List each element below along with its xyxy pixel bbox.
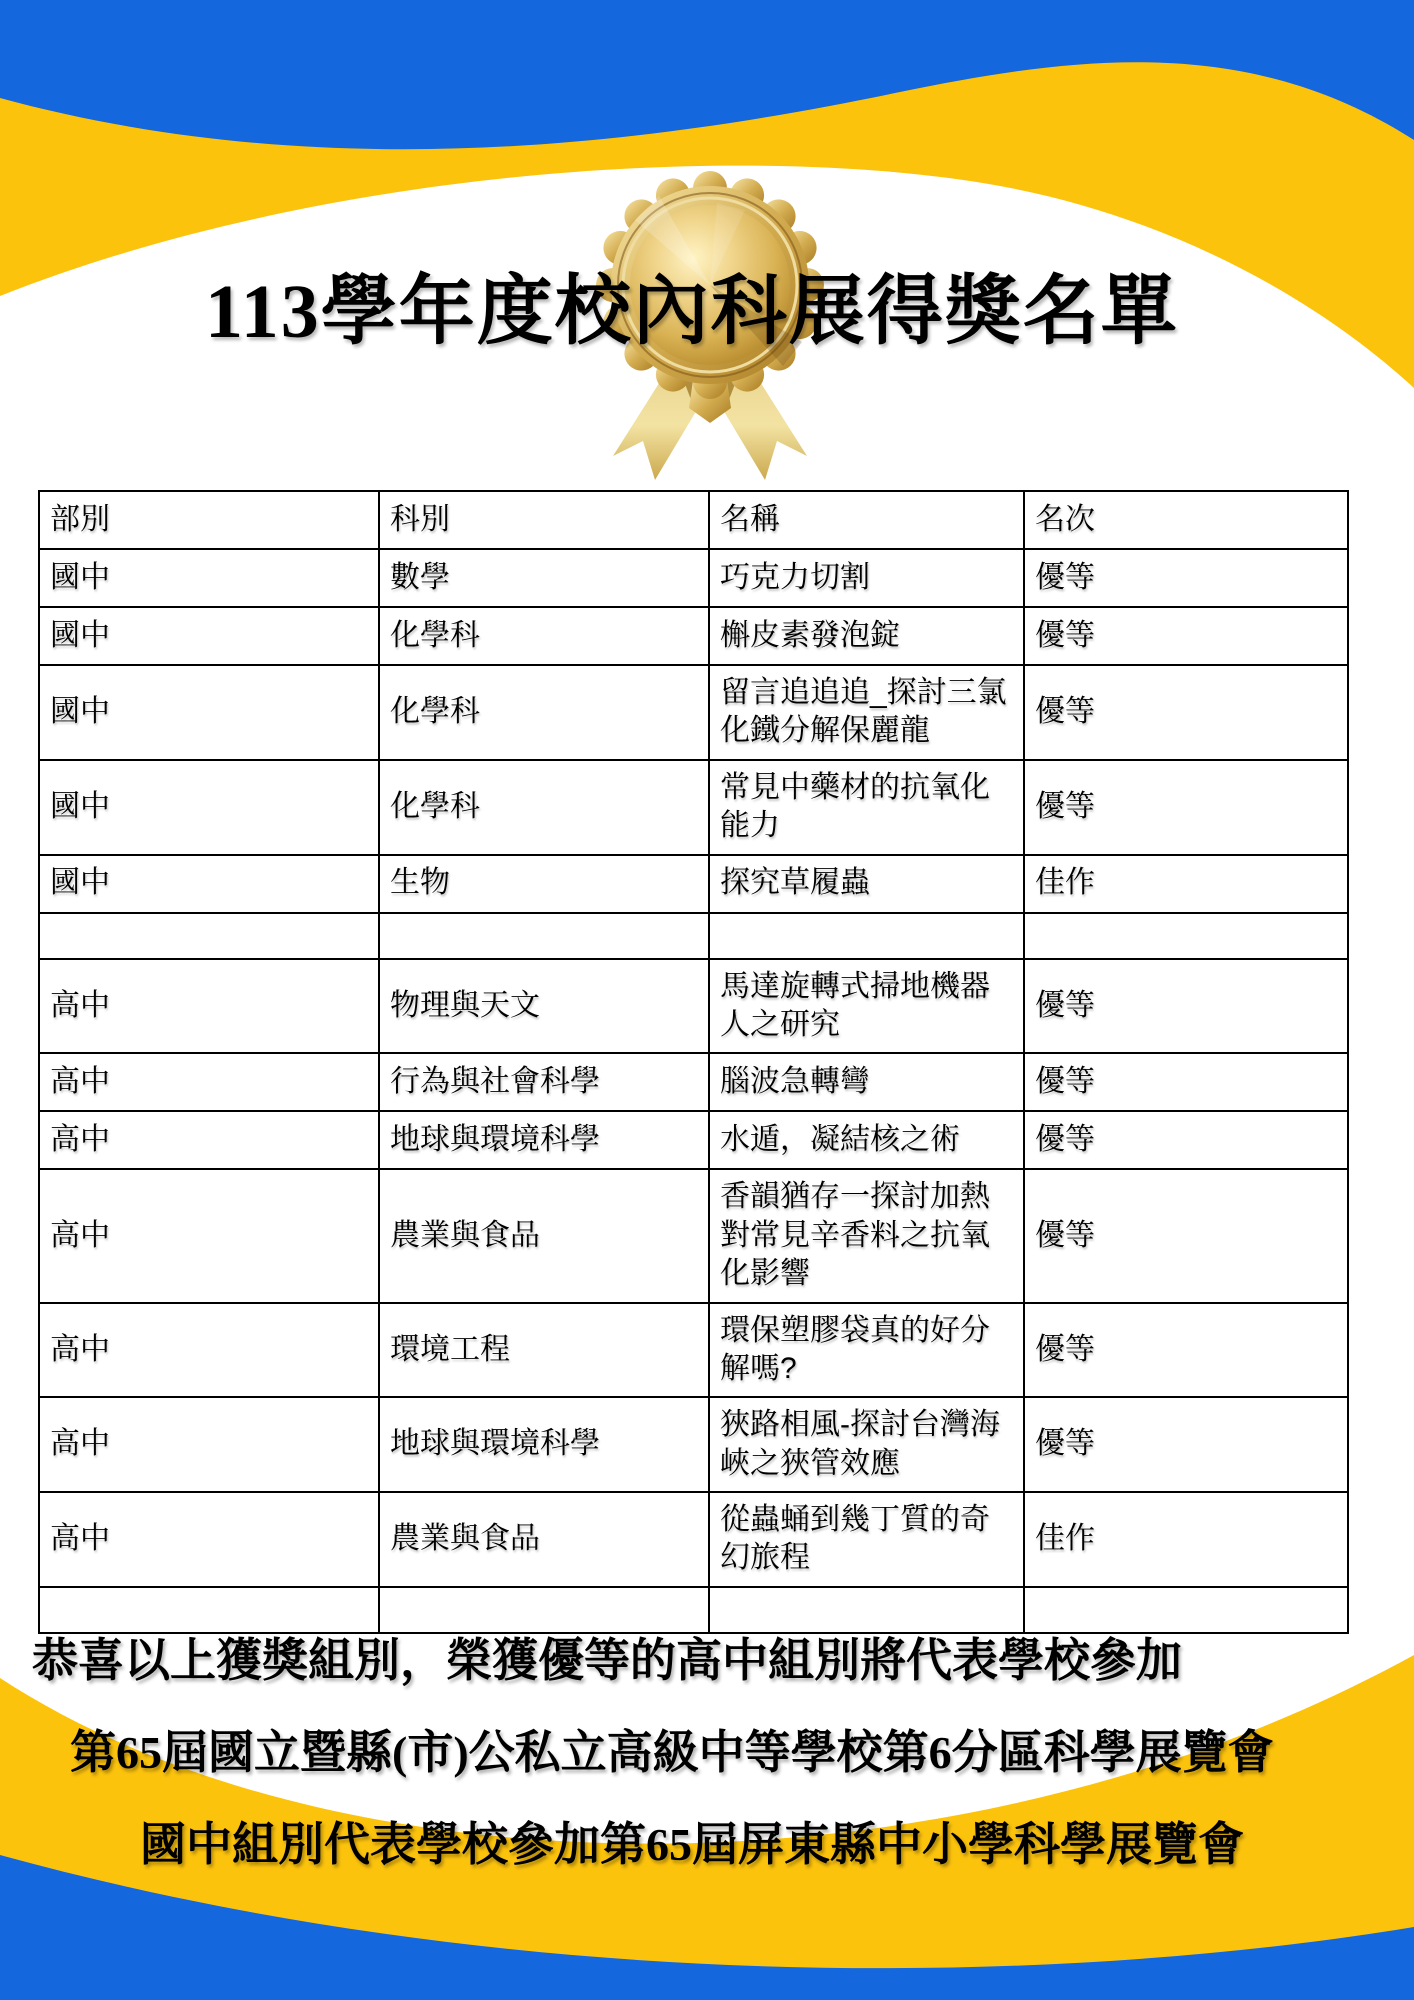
- table-cell: 佳作: [1024, 855, 1348, 913]
- table-cell: 地球與環境科學: [379, 1111, 709, 1169]
- table-cell: 從蟲蛹到幾丁質的奇幻旅程: [709, 1492, 1024, 1587]
- table-cell: 優等: [1024, 607, 1348, 665]
- table-cell: [379, 913, 709, 959]
- table-cell: 高中: [39, 1111, 379, 1169]
- awards-table: 部別科別名稱名次 國中數學巧克力切割優等國中化學科槲皮素發泡錠優等國中化學科留言…: [38, 490, 1349, 1634]
- column-header: 部別: [39, 491, 379, 549]
- column-header: 名稱: [709, 491, 1024, 549]
- table-cell: 化學科: [379, 760, 709, 855]
- table-cell: [1024, 913, 1348, 959]
- table-cell: 留言追追追_探討三氯化鐵分解保麗龍: [709, 665, 1024, 760]
- awards-table-body: 國中數學巧克力切割優等國中化學科槲皮素發泡錠優等國中化學科留言追追追_探討三氯化…: [39, 549, 1348, 1633]
- table-row: 高中農業與食品從蟲蛹到幾丁質的奇幻旅程佳作: [39, 1492, 1348, 1587]
- table-cell: 地球與環境科學: [379, 1397, 709, 1492]
- footer-line-3: 國中組別代表學校參加第65屆屏東縣中小學科學展覽會: [140, 1808, 1414, 1874]
- table-cell: 國中: [39, 760, 379, 855]
- table-cell: 優等: [1024, 1397, 1348, 1492]
- table-cell: [39, 913, 379, 959]
- table-cell: 化學科: [379, 607, 709, 665]
- table-row: 高中地球與環境科學狹路相風-探討台灣海峽之狹管效應優等: [39, 1397, 1348, 1492]
- table-cell: 環境工程: [379, 1303, 709, 1398]
- table-cell: 探究草履蟲: [709, 855, 1024, 913]
- table-cell: 優等: [1024, 1053, 1348, 1111]
- table-cell: 馬達旋轉式掃地機器人之研究: [709, 959, 1024, 1054]
- table-cell: 優等: [1024, 959, 1348, 1054]
- table-cell: 化學科: [379, 665, 709, 760]
- column-header: 名次: [1024, 491, 1348, 549]
- table-cell: 優等: [1024, 1111, 1348, 1169]
- table-cell: 常見中藥材的抗氧化能力: [709, 760, 1024, 855]
- table-cell: [709, 913, 1024, 959]
- table-row: 高中行為與社會科學腦波急轉彎優等: [39, 1053, 1348, 1111]
- table-row: 國中化學科槲皮素發泡錠優等: [39, 607, 1348, 665]
- table-cell: 槲皮素發泡錠: [709, 607, 1024, 665]
- top-blue-wave: [0, 0, 1414, 149]
- table-row: 國中數學巧克力切割優等: [39, 549, 1348, 607]
- table-cell: 物理與天文: [379, 959, 709, 1054]
- table-cell: 腦波急轉彎: [709, 1053, 1024, 1111]
- table-cell: 優等: [1024, 1303, 1348, 1398]
- table-cell: 水遁，凝結核之術: [709, 1111, 1024, 1169]
- table-cell: 農業與食品: [379, 1169, 709, 1302]
- header-row: 部別科別名稱名次: [39, 491, 1348, 549]
- table-cell: 優等: [1024, 1169, 1348, 1302]
- table-cell: 國中: [39, 607, 379, 665]
- table-cell: 環保塑膠袋真的好分解嗎?: [709, 1303, 1024, 1398]
- table-cell: 國中: [39, 665, 379, 760]
- table-cell: 農業與食品: [379, 1492, 709, 1587]
- table-cell: 國中: [39, 549, 379, 607]
- table-row: 國中化學科常見中藥材的抗氧化能力優等: [39, 760, 1348, 855]
- table-row: 高中地球與環境科學水遁，凝結核之術優等: [39, 1111, 1348, 1169]
- column-header: 科別: [379, 491, 709, 549]
- table-cell: 優等: [1024, 549, 1348, 607]
- table-row: 國中化學科留言追追追_探討三氯化鐵分解保麗龍優等: [39, 665, 1348, 760]
- table-row: 國中生物探究草履蟲佳作: [39, 855, 1348, 913]
- awards-table-header: 部別科別名稱名次: [39, 491, 1348, 549]
- footer-notes: 恭喜以上獲獎組別，榮獲優等的高中組別將代表學校參加 第65屆國立暨縣(市)公私立…: [0, 1624, 1414, 1900]
- table-cell: 狹路相風-探討台灣海峽之狹管效應: [709, 1397, 1024, 1492]
- table-cell: 國中: [39, 855, 379, 913]
- table-cell: 優等: [1024, 665, 1348, 760]
- table-cell: 高中: [39, 959, 379, 1054]
- table-cell: 巧克力切割: [709, 549, 1024, 607]
- table-cell: 數學: [379, 549, 709, 607]
- table-cell: 生物: [379, 855, 709, 913]
- footer-line-1: 恭喜以上獲獎組別，榮獲優等的高中組別將代表學校參加: [32, 1624, 1414, 1690]
- table-cell: 高中: [39, 1053, 379, 1111]
- page-title: 113學年度校內科展得獎名單: [205, 250, 1179, 359]
- table-cell: 佳作: [1024, 1492, 1348, 1587]
- table-cell: 高中: [39, 1303, 379, 1398]
- table-row: 高中農業與食品香韻猶存一探討加熱對常見辛香料之抗氧化影響優等: [39, 1169, 1348, 1302]
- footer-line-2: 第65屆國立暨縣(市)公私立高級中等學校第6分區科學展覽會: [70, 1716, 1414, 1782]
- table-cell: 優等: [1024, 760, 1348, 855]
- table-cell: 高中: [39, 1169, 379, 1302]
- table-row: 高中環境工程環保塑膠袋真的好分解嗎?優等: [39, 1303, 1348, 1398]
- table-row: 高中物理與天文馬達旋轉式掃地機器人之研究優等: [39, 959, 1348, 1054]
- table-row: [39, 913, 1348, 959]
- table-cell: 香韻猶存一探討加熱對常見辛香料之抗氧化影響: [709, 1169, 1024, 1302]
- table-cell: 行為與社會科學: [379, 1053, 709, 1111]
- table-cell: 高中: [39, 1492, 379, 1587]
- table-cell: 高中: [39, 1397, 379, 1492]
